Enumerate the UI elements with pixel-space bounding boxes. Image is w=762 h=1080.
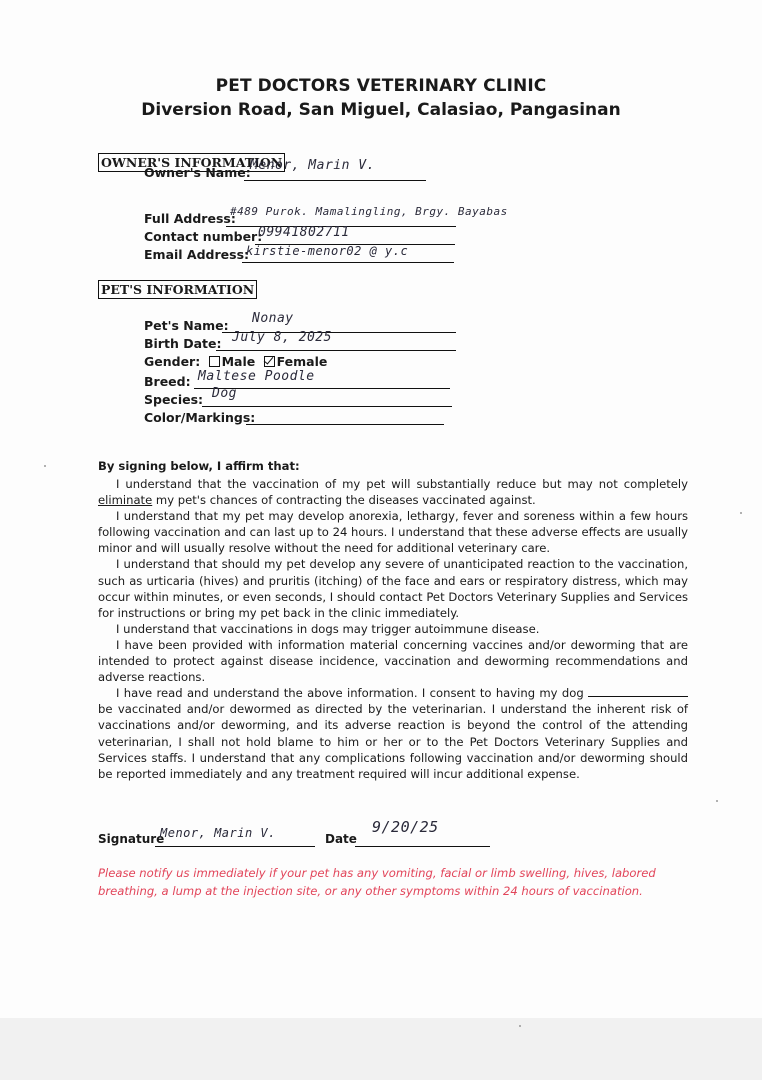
pet-section-title: PET'S INFORMATION (98, 280, 257, 299)
date-value[interactable]: 9/20/25 (372, 818, 439, 836)
date-label: Date (325, 832, 357, 846)
gender-field: Gender: Male Female (144, 354, 327, 369)
breed-value[interactable]: Maltese Poodle (198, 369, 315, 384)
male-label: Male (222, 354, 256, 369)
signature-value[interactable]: Menor, Marin V. (160, 826, 276, 840)
post-vaccination-notice: Please notify us immediately if your pet… (98, 864, 658, 900)
full-address-label: Full Address: (144, 211, 236, 226)
signature-line (155, 846, 315, 847)
female-label: Female (277, 354, 328, 369)
birth-date-value[interactable]: July 8, 2025 (232, 330, 332, 345)
species-value[interactable]: Dog (212, 386, 237, 401)
consent-paragraph-4: I understand that vaccinations in dogs m… (98, 621, 688, 637)
owner-name-value[interactable]: Menor, Marin V. (250, 158, 375, 173)
owner-name-label: Owner's Name: (144, 165, 251, 180)
scan-speck (44, 465, 46, 467)
email-address-value[interactable]: kirstie-menor02 @ y.c (246, 244, 408, 258)
clinic-name: PET DOCTORS VETERINARY CLINIC (0, 76, 762, 96)
scan-speck (740, 512, 742, 514)
full-address-value[interactable]: #489 Purok. Mamalingling, Brgy. Bayabas (230, 205, 508, 218)
pet-name-label: Pet's Name: (144, 318, 229, 333)
scan-speck (716, 800, 718, 802)
consent-paragraph-1: I understand that the vaccination of my … (98, 476, 688, 508)
male-checkbox[interactable] (209, 356, 220, 367)
consent-paragraph-5: I have been provided with information ma… (98, 637, 688, 685)
consent-heading: By signing below, I affirm that: (98, 459, 300, 473)
consent-paragraph-3: I understand that should my pet develop … (98, 556, 688, 620)
color-markings-line (246, 424, 444, 425)
contact-number-label: Contact number: (144, 229, 262, 244)
birth-date-line (216, 350, 456, 351)
consent-paragraph-6: I have read and understand the above inf… (98, 685, 688, 782)
email-address-line (242, 262, 454, 263)
birth-date-label: Birth Date: (144, 336, 221, 351)
clinic-address: Diversion Road, San Miguel, Calasiao, Pa… (0, 100, 762, 120)
female-checkbox[interactable] (264, 356, 275, 367)
gender-label: Gender: (144, 354, 200, 369)
scan-speck (519, 1025, 521, 1027)
pet-name-value[interactable]: Nonay (252, 311, 294, 326)
consent-body: I understand that the vaccination of my … (98, 476, 688, 782)
owner-name-line (244, 180, 426, 181)
species-line (202, 406, 452, 407)
species-label: Species: (144, 392, 203, 407)
consent-paragraph-2: I understand that my pet may develop ano… (98, 508, 688, 556)
contact-number-value[interactable]: 09941802711 (258, 225, 350, 240)
date-line (355, 846, 490, 847)
signature-label: Signature (98, 832, 164, 846)
color-markings-label: Color/Markings: (144, 410, 255, 425)
dog-name-blank[interactable] (588, 686, 688, 697)
email-address-label: Email Address: (144, 247, 249, 262)
scan-edge (0, 1018, 762, 1080)
breed-label: Breed: (144, 374, 191, 389)
